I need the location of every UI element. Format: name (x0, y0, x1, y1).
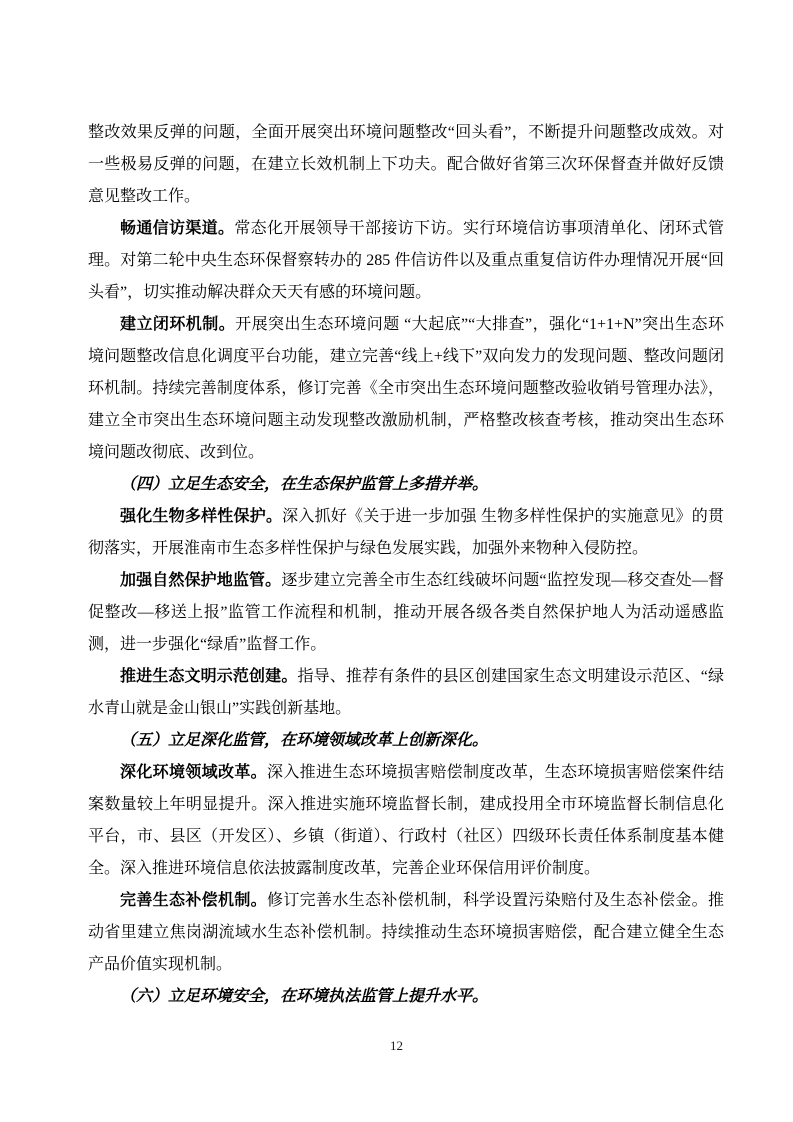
paragraph-text: 开展突出生态环境问题 “大起底”“大排查”，强化“1+1+N”突出生态环境问题整… (88, 316, 724, 461)
paragraph-lead: 建立闭环机制。 (120, 316, 235, 333)
paragraph-lead: 畅通信访渠道。 (120, 220, 234, 237)
paragraph: 深化环境领域改革。深入推进生态环境损害赔偿制度改革，生态环境损害赔偿案件结案数量… (88, 757, 724, 885)
paragraph-text: 整改效果反弹的问题，全面开展突出环境问题整改“回头看”，不断提升问题整改成效。对… (88, 124, 724, 205)
section-heading-text: （四）立足生态安全，在生态保护监管上多措并举。 (120, 476, 488, 493)
section-heading: （五）立足深化监管，在环境领域改革上创新深化。 (88, 725, 724, 757)
paragraph-lead: 加强自然保护地监管。 (120, 572, 281, 589)
section-heading-text: （五）立足深化监管，在环境领域改革上创新深化。 (120, 732, 488, 749)
section-heading-text: （六）立足环境安全，在环境执法监管上提升水平。 (120, 988, 488, 1005)
paragraph: 建立闭环机制。开展突出生态环境问题 “大起底”“大排查”，强化“1+1+N”突出… (88, 309, 724, 469)
paragraph-lead: 推进生态文明示范创建。 (120, 668, 297, 685)
paragraph: 推进生态文明示范创建。指导、推荐有条件的县区创建国家生态文明建设示范区、“绿水青… (88, 661, 724, 725)
page-body: 整改效果反弹的问题，全面开展突出环境问题整改“回头看”，不断提升问题整改成效。对… (88, 117, 724, 1013)
paragraph-lead: 完善生态补偿机制。 (120, 892, 267, 909)
section-heading: （六）立足环境安全，在环境执法监管上提升水平。 (88, 981, 724, 1013)
paragraph-lead: 强化生物多样性保护。 (120, 508, 282, 525)
paragraph: 整改效果反弹的问题，全面开展突出环境问题整改“回头看”，不断提升问题整改成效。对… (88, 117, 724, 213)
paragraph: 强化生物多样性保护。深入抓好《关于进一步加强 生物多样性保护的实施意见》的贯彻落… (88, 501, 724, 565)
paragraph: 加强自然保护地监管。逐步建立完善全市生态红线破坏问题“监控发现—移交查处—督促整… (88, 565, 724, 661)
paragraph: 完善生态补偿机制。修订完善水生态补偿机制，科学设置污染赔付及生态补偿金。推动省里… (88, 885, 724, 981)
paragraph-lead: 深化环境领域改革。 (120, 764, 267, 781)
paragraph: 畅通信访渠道。常态化开展领导干部接访下访。实行环境信访事项清单化、闭环式管理。对… (88, 213, 724, 309)
page-footer: 12 (0, 1037, 793, 1055)
page-number: 12 (390, 1038, 403, 1053)
section-heading: （四）立足生态安全，在生态保护监管上多措并举。 (88, 469, 724, 501)
document-page: 整改效果反弹的问题，全面开展突出环境问题整改“回头看”，不断提升问题整改成效。对… (0, 0, 793, 1122)
